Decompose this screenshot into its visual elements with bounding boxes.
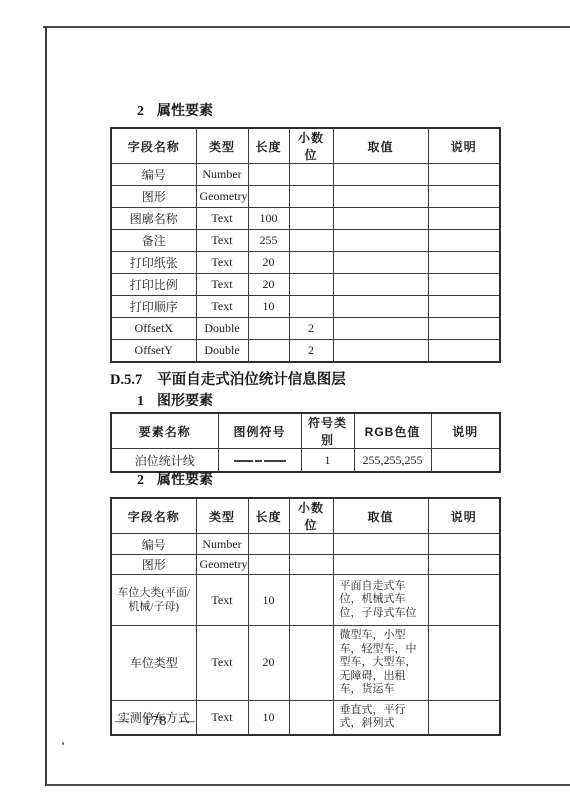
table-header-row: 要素名称 图例符号 符号类别 RGB色值 说明 <box>111 413 500 449</box>
cell: 备注 <box>111 230 196 252</box>
cell <box>428 575 500 626</box>
cell: Text <box>196 252 248 274</box>
table-row: OffsetY Double 2 <box>111 340 500 363</box>
cell: 车位大类(平面/机械/子母) <box>111 575 196 626</box>
cell: 打印顺序 <box>111 296 196 318</box>
scanned-standard-page: { "colors": { "paper": "#ffffff", "ink":… <box>0 0 570 804</box>
table-row: 编号 Number <box>111 164 500 186</box>
cell <box>333 534 428 555</box>
table-row: 打印顺序 Text 10 <box>111 296 500 318</box>
cell: Double <box>196 318 248 340</box>
cell <box>289 534 333 555</box>
header-cell: 图例符号 <box>218 413 301 449</box>
cell <box>289 555 333 575</box>
cell <box>333 186 428 208</box>
page-frame-top <box>43 26 570 28</box>
heading-graphic-elements: 1图形要素 <box>137 390 213 410</box>
cell: Number <box>196 534 248 555</box>
cell <box>248 164 289 186</box>
cell: Text <box>196 626 248 701</box>
cell: 255 <box>248 230 289 252</box>
cell <box>333 252 428 274</box>
cell: 10 <box>248 575 289 626</box>
cell: 垂直式，平行式，斜列式 <box>333 700 428 735</box>
cell: Number <box>196 164 248 186</box>
cell <box>428 700 500 735</box>
header-cell: 符号类别 <box>301 413 354 449</box>
header-cell: RGB色值 <box>354 413 431 449</box>
table-row: OffsetX Double 2 <box>111 318 500 340</box>
cell <box>248 318 289 340</box>
cell <box>333 208 428 230</box>
graphic-elements-table: 要素名称 图例符号 符号类别 RGB色值 说明 泊位统计线 1 255,255,… <box>110 412 501 473</box>
heading-title: 属性要素 <box>157 471 213 487</box>
cell: Double <box>196 340 248 363</box>
header-cell: 类型 <box>196 498 248 534</box>
cell: Text <box>196 296 248 318</box>
table-row: 图廓名称 Text 100 <box>111 208 500 230</box>
cell: Text <box>196 700 248 735</box>
cell: 图形 <box>111 555 196 575</box>
table-row: 车位类型 Text 20 微型车，小型车，轻型车，中型车，大型车，无障碍，出租车… <box>111 626 500 701</box>
cell <box>289 274 333 296</box>
attribute-table-top: 字段名称 类型 长度 小数位 取值 说明 编号 Number 图形 Geomet… <box>110 127 501 363</box>
cell <box>428 252 500 274</box>
cell <box>428 626 500 701</box>
heading-title: 图形要素 <box>157 392 213 408</box>
table-row: 打印纸张 Text 20 <box>111 252 500 274</box>
header-cell: 小数位 <box>289 128 333 164</box>
header-cell: 字段名称 <box>111 128 196 164</box>
cell <box>333 230 428 252</box>
cell <box>428 296 500 318</box>
header-cell: 类型 <box>196 128 248 164</box>
cell: 100 <box>248 208 289 230</box>
header-cell: 说明 <box>428 498 500 534</box>
heading-number: 2 <box>137 473 144 488</box>
attribute-table-bottom: 字段名称 类型 长度 小数位 取值 说明 编号 Number 图形 Geomet… <box>110 497 501 736</box>
header-cell: 说明 <box>428 128 500 164</box>
clause-number: D.5.7 <box>110 372 142 388</box>
table-row: 图形 Geometry <box>111 555 500 575</box>
cell <box>248 340 289 363</box>
cell: 编号 <box>111 534 196 555</box>
cell <box>428 318 500 340</box>
cell <box>289 164 333 186</box>
header-cell: 取值 <box>333 128 428 164</box>
cell: 1 <box>301 449 354 473</box>
table-row: 编号 Number <box>111 534 500 555</box>
header-cell: 长度 <box>248 128 289 164</box>
table-header-row: 字段名称 类型 长度 小数位 取值 说明 <box>111 128 500 164</box>
heading-title: 属性要素 <box>157 102 213 118</box>
heading-attribute-elements-top: 2属性要素 <box>137 100 213 120</box>
cell: 打印纸张 <box>111 252 196 274</box>
header-cell: 取值 <box>333 498 428 534</box>
cell <box>428 534 500 555</box>
cell <box>289 626 333 701</box>
cell <box>248 186 289 208</box>
cell <box>218 449 301 473</box>
cell: 图形 <box>111 186 196 208</box>
heading-clause-d57: D.5.7平面自走式泊位统计信息图层 <box>110 368 346 389</box>
cell: 255,255,255 <box>354 449 431 473</box>
cell <box>333 274 428 296</box>
header-cell: 要素名称 <box>111 413 218 449</box>
cell: 20 <box>248 252 289 274</box>
cell: Text <box>196 274 248 296</box>
header-cell: 说明 <box>431 413 500 449</box>
cell <box>428 274 500 296</box>
cell <box>248 534 289 555</box>
table-row: 图形 Geometry <box>111 186 500 208</box>
cell: OffsetY <box>111 340 196 363</box>
cell: 20 <box>248 626 289 701</box>
parking-statistics-line-symbol <box>234 458 286 464</box>
cell <box>289 230 333 252</box>
cell: 打印比例 <box>111 274 196 296</box>
cell: 20 <box>248 274 289 296</box>
clause-title: 平面自走式泊位统计信息图层 <box>157 372 346 388</box>
cell: 10 <box>248 700 289 735</box>
cell <box>428 164 500 186</box>
cell <box>333 164 428 186</box>
cell <box>248 555 289 575</box>
cell: Geometry <box>196 555 248 575</box>
cell: 2 <box>289 318 333 340</box>
table-row: 备注 Text 255 <box>111 230 500 252</box>
table-row: 车位大类(平面/机械/子母) Text 10 平面自走式车位，机械式车位，子母式… <box>111 575 500 626</box>
cell <box>289 575 333 626</box>
cell <box>333 318 428 340</box>
cell <box>289 208 333 230</box>
cell <box>333 555 428 575</box>
cell: 平面自走式车位，机械式车位，子母式车位 <box>333 575 428 626</box>
heading-number: 1 <box>137 394 144 409</box>
heading-number: 2 <box>137 104 144 119</box>
cell: Text <box>196 575 248 626</box>
page-number: — 178 — <box>115 714 196 730</box>
cell <box>428 555 500 575</box>
heading-attribute-elements-bottom: 2属性要素 <box>137 469 213 489</box>
page-frame-bottom <box>45 784 570 786</box>
header-cell: 字段名称 <box>111 498 196 534</box>
cell <box>289 252 333 274</box>
cell: 10 <box>248 296 289 318</box>
cell: Text <box>196 230 248 252</box>
header-cell: 长度 <box>248 498 289 534</box>
cell <box>428 186 500 208</box>
cell <box>333 296 428 318</box>
cell <box>289 700 333 735</box>
cell <box>428 208 500 230</box>
cell: 微型车，小型车，轻型车，中型车，大型车，无障碍，出租车，货运车 <box>333 626 428 701</box>
cell <box>431 449 500 473</box>
cell: 车位类型 <box>111 626 196 701</box>
cell: Geometry <box>196 186 248 208</box>
cell: Text <box>196 208 248 230</box>
cell <box>289 296 333 318</box>
cell <box>289 186 333 208</box>
cell: 2 <box>289 340 333 363</box>
cell: 图廓名称 <box>111 208 196 230</box>
page-frame-left <box>45 26 47 786</box>
cell <box>333 340 428 363</box>
table-header-row: 字段名称 类型 长度 小数位 取值 说明 <box>111 498 500 534</box>
cell <box>428 340 500 363</box>
scan-ink-dot <box>62 742 64 745</box>
header-cell: 小数位 <box>289 498 333 534</box>
cell: OffsetX <box>111 318 196 340</box>
cell: 编号 <box>111 164 196 186</box>
table-row: 打印比例 Text 20 <box>111 274 500 296</box>
cell <box>428 230 500 252</box>
